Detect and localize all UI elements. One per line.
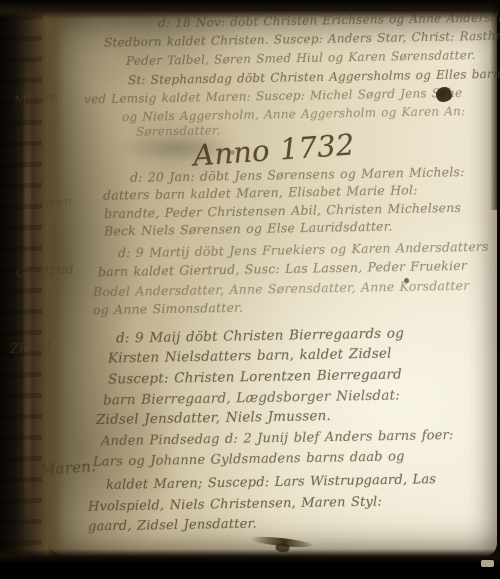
manuscript-line: Kirsten Nielsdatters barn, kaldet Zidsel [108, 346, 392, 367]
manuscript-line: d: 18 Nov: döbt Christen Erichsens og An… [158, 10, 500, 30]
ink-layer: Anno 1732 d: 18 Nov: döbt Christen Erich… [0, 0, 500, 579]
manuscript-line: brandte, Peder Christensen Abil, Christe… [104, 200, 461, 221]
manuscript-line: d: 9 Martij döbt Jens Fruekiers og Karen… [118, 239, 489, 260]
manuscript-line: Beck Niels Sørensen og Else Lauridsdatte… [104, 218, 393, 238]
manuscript-line: barn kaldet Giertrud, Susc: Las Lassen, … [98, 258, 467, 279]
manuscript-line: og Anne Simonsdatter. [93, 300, 243, 318]
margin-note: Maren. [39, 457, 96, 479]
ink-speck [230, 150, 235, 155]
manuscript-line: ved Lemsig kaldet Maren: Suscep: Michel … [84, 86, 463, 107]
book-bottom-edge [0, 549, 500, 579]
margin-note: Giertrud [16, 262, 75, 281]
manuscript-line: kaldet Maren; Suscepd: Lars Wistrupgaard… [106, 472, 436, 493]
manuscript-line: St: Stephansdag döbt Christen Aggersholm… [128, 67, 500, 88]
ink-blot [436, 87, 452, 102]
margin-note: Maren [28, 194, 73, 212]
book-photo: Anno 1732 d: 18 Nov: döbt Christen Erich… [0, 0, 500, 579]
margin-note: Zidsel [10, 340, 52, 357]
manuscript-line: Suscept: Christen Lorentzen Bierregaard [108, 366, 402, 387]
manuscript-line: d: 9 Maij döbt Christen Bierregaards og [116, 325, 404, 346]
ink-speck [404, 278, 409, 283]
manuscript-line: datters barn kaldet Maren, Elisabet Mari… [103, 182, 418, 202]
manuscript-line: Hvolspield, Niels Christensen, Maren Sty… [88, 494, 382, 514]
margin-note: Maren [13, 90, 58, 109]
manuscript-line: Stedborn kaldet Christen. Suscep: Anders… [104, 28, 500, 49]
manuscript-line: Sørensdatter. [136, 123, 221, 138]
manuscript-line: barn Bierregaard, Lægdsborger Nielsdat: [103, 387, 400, 408]
manuscript-line: og Niels Aggersholm, Anne Aggersholm og … [122, 104, 466, 124]
manuscript-line: Bodel Andersdatter, Anne Sørensdatter, A… [93, 278, 470, 300]
page-fragment [481, 560, 494, 567]
manuscript-line: Anden Pindsedag d: 2 Junij blef Anders b… [101, 428, 454, 449]
manuscript-line: Lars og Johanne Gyldsmadens barns daab o… [93, 449, 405, 469]
manuscript-line: Peder Talbel, Søren Smed Hiul og Karen S… [126, 48, 476, 68]
manuscript-line: Zidsel Jensdatter, Niels Jmussen. [96, 408, 331, 428]
manuscript-line: gaard, Zidsel Jensdatter. [88, 517, 257, 535]
